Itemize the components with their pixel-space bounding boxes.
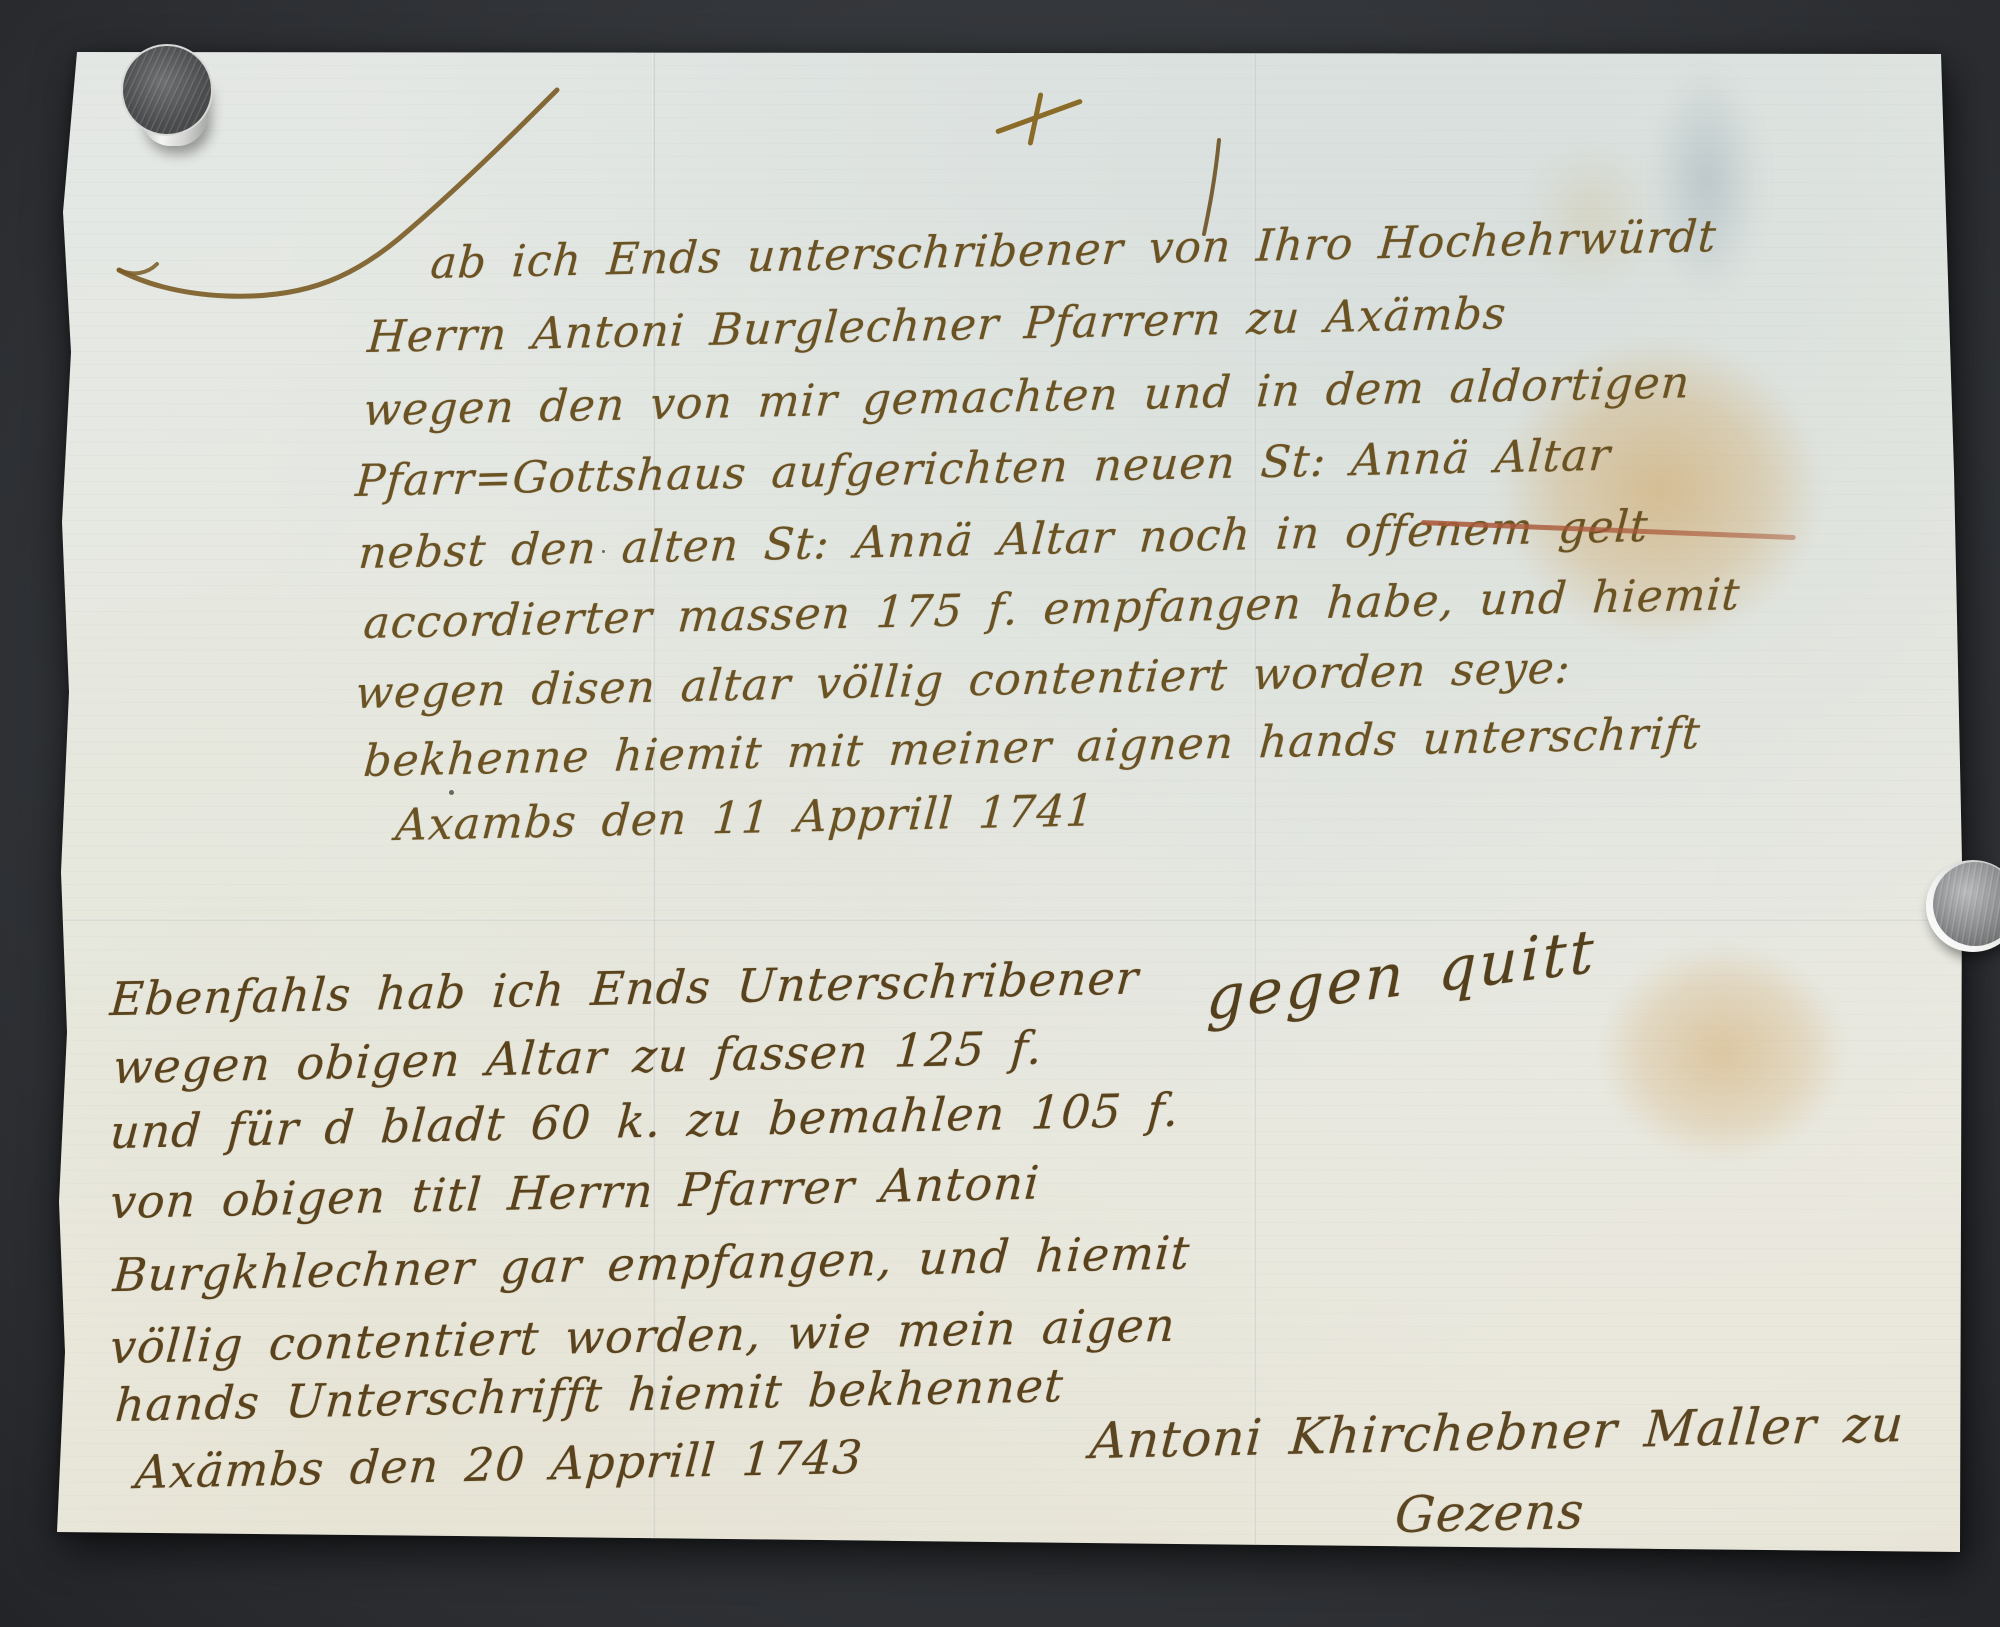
tan-ink-stain — [1600, 945, 1845, 1160]
handwritten-line-p1-1: ab ich Ends unterschribener von Ihro Hoc… — [429, 215, 1718, 286]
handwritten-line-p2-date: Axämbs den 20 Apprill 1743 — [133, 1430, 864, 1499]
handwritten-line-p1-2: Herrn Antoni Burglechner Pfarrern zu Axä… — [366, 292, 1508, 360]
handwritten-line-p1-8: bekhenne hiemit mit meiner aignen hands … — [362, 712, 1702, 784]
handwritten-line-p2-3: und für d bladt 60 k. zu bemahlen 105 f. — [108, 1083, 1181, 1159]
photo-background: ab ich Ends unterschribener von Ihro Hoc… — [0, 0, 2000, 1627]
signature-line-2: Gezens — [1393, 1482, 1586, 1544]
handwritten-line-p1-7: wegen disen altar völlig contentiert wor… — [354, 647, 1572, 717]
handwritten-line-p1-4: Pfarr=Gottshaus aufgerichten neuen St: A… — [354, 434, 1612, 504]
handwritten-line-p1-date: Axambs den 11 Apprill 1741 — [394, 789, 1096, 848]
manuscript-paper-wrap: ab ich Ends unterschribener von Ihro Hoc… — [57, 52, 1962, 1555]
signature-line-1: Antoni Khirchebner Maller zu — [1088, 1395, 1906, 1470]
large-annotation-scrawl: gegen quitt — [1206, 916, 1597, 1035]
handwritten-line-p2-5: Burgkhlechner gar empfangen, und hiemit — [111, 1225, 1192, 1302]
handwritten-line-p2-2: wegen obigen Altar zu fassen 125 f. — [111, 1021, 1044, 1095]
manuscript-paper: ab ich Ends unterschribener von Ihro Hoc… — [57, 52, 1962, 1555]
ink-speck — [449, 790, 454, 795]
handwritten-line-p1-5: nebst den alten St: Annä Altar noch in o… — [357, 505, 1650, 576]
handwritten-line-p2-1: Ebenfahls hab ich Ends Unterschribener — [108, 950, 1140, 1026]
handwritten-line-p2-4: von obigen titl Herrn Pfarrer Antoni — [108, 1156, 1041, 1230]
vertical-fold-crease — [1253, 52, 1256, 1555]
handwritten-line-p1-6: accordierter massen 175 f. empfangen hab… — [362, 573, 1742, 646]
pin-face — [121, 44, 213, 136]
ink-speck — [602, 550, 605, 553]
horizontal-fold-crease — [57, 918, 1962, 921]
handwritten-line-p1-3: wegen den von mir gemachten und in dem a… — [362, 361, 1692, 433]
